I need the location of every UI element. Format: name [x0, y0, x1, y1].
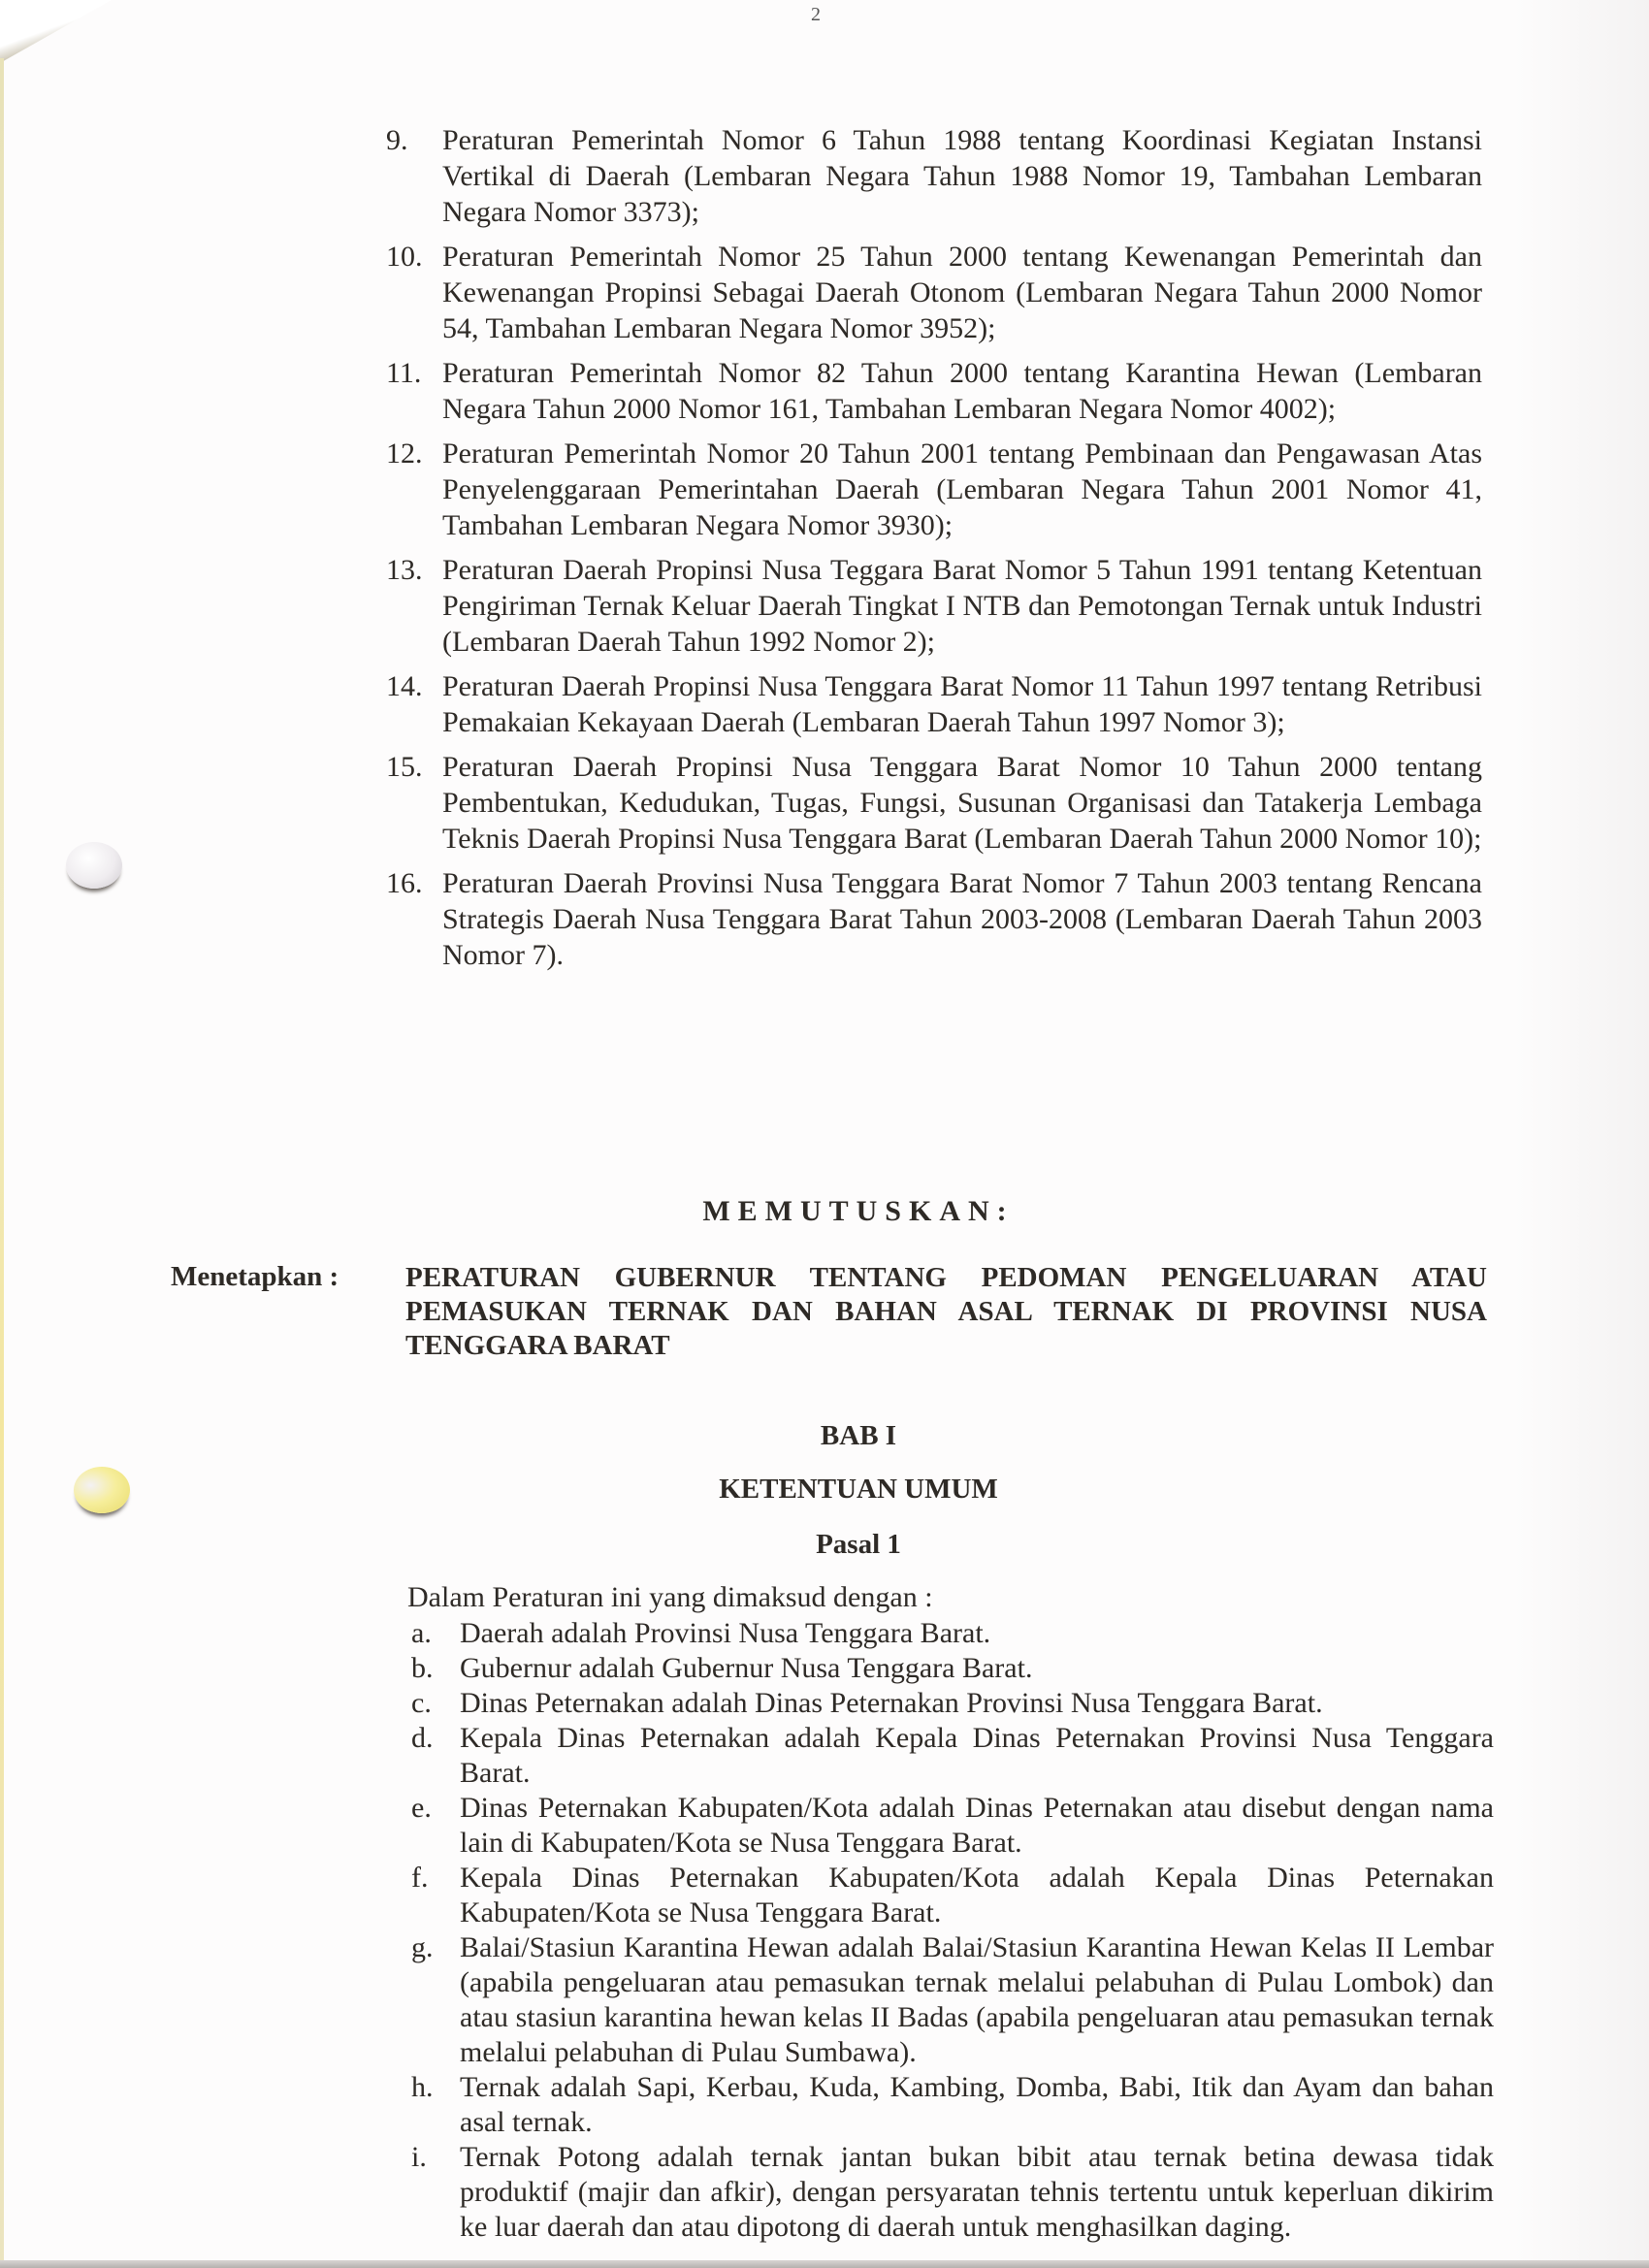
- item-text: Peraturan Pemerintah Nomor 20 Tahun 2001…: [442, 437, 1482, 541]
- definition-item: h.Ternak adalah Sapi, Kerbau, Kuda, Kamb…: [407, 2070, 1494, 2140]
- item-letter: a.: [411, 1616, 432, 1651]
- item-number: 12.: [386, 436, 440, 471]
- item-number: 15.: [386, 749, 440, 785]
- definition-item: e.Dinas Peternakan Kabupaten/Kota adalah…: [407, 1791, 1494, 1861]
- item-text: Dinas Peternakan adalah Dinas Peternakan…: [460, 1687, 1323, 1719]
- chapter-title: KETENTUAN UMUM: [0, 1474, 1649, 1506]
- item-number: 13.: [386, 552, 440, 588]
- item-letter: g.: [411, 1930, 434, 1965]
- legal-basis-item: 13.Peraturan Daerah Propinsi Nusa Teggar…: [386, 552, 1482, 660]
- decision-heading: MEMUTUSKAN:: [0, 1195, 1649, 1228]
- definition-item: f.Kepala Dinas Peternakan Kabupaten/Kota…: [407, 1861, 1494, 1930]
- item-letter: b.: [411, 1651, 434, 1686]
- item-letter: e.: [411, 1791, 432, 1826]
- item-text: Peraturan Pemerintah Nomor 6 Tahun 1988 …: [442, 124, 1482, 228]
- item-text: Gubernur adalah Gubernur Nusa Tenggara B…: [460, 1652, 1032, 1684]
- item-text: Peraturan Pemerintah Nomor 82 Tahun 2000…: [442, 357, 1482, 425]
- item-number: 10.: [386, 239, 440, 275]
- item-text: Ternak Potong adalah ternak jantan bukan…: [460, 2141, 1494, 2243]
- definition-item: i.Ternak Potong adalah ternak jantan buk…: [407, 2140, 1494, 2245]
- item-text: Peraturan Daerah Propinsi Nusa Tenggara …: [442, 670, 1482, 738]
- legal-basis-list: 9.Peraturan Pemerintah Nomor 6 Tahun 198…: [386, 122, 1482, 982]
- item-text: Ternak adalah Sapi, Kerbau, Kuda, Kambin…: [460, 2071, 1494, 2138]
- item-text: Kepala Dinas Peternakan Kabupaten/Kota a…: [460, 1862, 1494, 1928]
- item-number: 16.: [386, 865, 440, 901]
- item-text: Kepala Dinas Peternakan adalah Kepala Di…: [460, 1722, 1494, 1789]
- legal-basis-item: 10.Peraturan Pemerintah Nomor 25 Tahun 2…: [386, 239, 1482, 346]
- chapter-number: BAB I: [0, 1420, 1649, 1452]
- page-edge: [0, 58, 4, 2268]
- article-heading: Pasal 1: [0, 1529, 1649, 1561]
- definition-item: a.Daerah adalah Provinsi Nusa Tenggara B…: [407, 1616, 1494, 1651]
- legal-basis-item: 16.Peraturan Daerah Provinsi Nusa Tengga…: [386, 865, 1482, 973]
- item-text: Peraturan Pemerintah Nomor 25 Tahun 2000…: [442, 241, 1482, 344]
- legal-basis-item: 15.Peraturan Daerah Propinsi Nusa Tengga…: [386, 749, 1482, 857]
- legal-basis-item: 12.Peraturan Pemerintah Nomor 20 Tahun 2…: [386, 436, 1482, 543]
- item-number: 11.: [386, 355, 440, 391]
- page-number: 2: [811, 4, 821, 26]
- item-letter: f.: [411, 1861, 429, 1895]
- scan-shadow: [1513, 0, 1649, 2268]
- punch-hole-icon: [66, 842, 122, 889]
- item-number: 14.: [386, 668, 440, 704]
- item-text: Dinas Peternakan Kabupaten/Kota adalah D…: [460, 1792, 1494, 1859]
- item-text: Daerah adalah Provinsi Nusa Tenggara Bar…: [460, 1617, 990, 1649]
- definitions-list: a.Daerah adalah Provinsi Nusa Tenggara B…: [407, 1616, 1494, 2245]
- stipulate-label: Menetapkan :: [171, 1261, 339, 1293]
- legal-basis-item: 11.Peraturan Pemerintah Nomor 82 Tahun 2…: [386, 355, 1482, 427]
- definition-item: b.Gubernur adalah Gubernur Nusa Tenggara…: [407, 1651, 1494, 1686]
- definition-item: g.Balai/Stasiun Karantina Hewan adalah B…: [407, 1930, 1494, 2070]
- definition-item: d.Kepala Dinas Peternakan adalah Kepala …: [407, 1721, 1494, 1791]
- item-letter: d.: [411, 1721, 434, 1756]
- item-letter: h.: [411, 2070, 434, 2105]
- definition-item: c.Dinas Peternakan adalah Dinas Peternak…: [407, 1686, 1494, 1721]
- scan-bottom-edge: [0, 2260, 1649, 2268]
- definitions-intro: Dalam Peraturan ini yang dimaksud dengan…: [407, 1581, 933, 1614]
- item-text: Peraturan Daerah Propinsi Nusa Teggara B…: [442, 554, 1482, 658]
- legal-basis-item: 9.Peraturan Pemerintah Nomor 6 Tahun 198…: [386, 122, 1482, 230]
- item-text: Balai/Stasiun Karantina Hewan adalah Bal…: [460, 1931, 1494, 2068]
- page-corner-fold: [0, 0, 112, 63]
- item-letter: i.: [411, 2140, 427, 2175]
- legal-basis-item: 14.Peraturan Daerah Propinsi Nusa Tengga…: [386, 668, 1482, 740]
- item-text: Peraturan Daerah Propinsi Nusa Tenggara …: [442, 751, 1482, 855]
- item-text: Peraturan Daerah Provinsi Nusa Tenggara …: [442, 867, 1482, 971]
- item-letter: c.: [411, 1686, 432, 1721]
- regulation-title: PERATURAN GUBERNUR TENTANG PEDOMAN PENGE…: [405, 1261, 1487, 1363]
- item-number: 9.: [386, 122, 440, 158]
